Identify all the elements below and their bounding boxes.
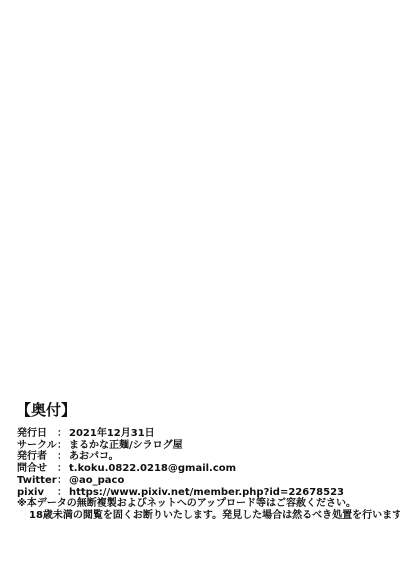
- row-separator: ：: [57, 440, 69, 452]
- row-separator: ：: [57, 451, 69, 463]
- notice-line-2: 18歳未満の閲覧を固くお断りいたします。発見した場合は然るべき処置を行います。: [17, 510, 400, 522]
- colophon-row-circle: サークル ： まるかな正麺/シラログ屋: [17, 440, 400, 452]
- contact-email[interactable]: t.koku.0822.0218@gmail.com: [69, 463, 236, 475]
- row-label: pixiv: [17, 487, 57, 499]
- row-label: 発行者: [17, 451, 57, 463]
- colophon-row-date: 発行日 ： 2021年12月31日: [17, 428, 400, 440]
- pixiv-link[interactable]: https://www.pixiv.net/member.php?id=2267…: [69, 487, 344, 499]
- row-value: まるかな正麺/シラログ屋: [69, 440, 183, 452]
- row-label: サークル: [17, 440, 57, 452]
- row-separator: ：: [57, 487, 69, 499]
- colophon-block: 発行日 ： 2021年12月31日 サークル ： まるかな正麺/シラログ屋 発行…: [17, 428, 400, 522]
- colophon-title: 【奥付】: [16, 399, 76, 420]
- row-separator: ：: [57, 475, 69, 487]
- row-label: Twitter: [17, 475, 57, 487]
- row-label: 問合せ: [17, 463, 57, 475]
- colophon-row-publisher: 発行者 ： あおパコ。: [17, 451, 400, 463]
- row-separator: ：: [57, 428, 69, 440]
- row-value: あおパコ。: [69, 451, 119, 463]
- colophon-row-twitter: Twitter ： @ao_paco: [17, 475, 400, 487]
- colophon-row-contact: 問合せ ： t.koku.0822.0218@gmail.com: [17, 463, 400, 475]
- notice-line-1: ※本データの無断複製およびネットへのアップロード等はご容赦ください。: [17, 498, 400, 510]
- row-label: 発行日: [17, 428, 57, 440]
- row-separator: ：: [57, 463, 69, 475]
- twitter-handle[interactable]: @ao_paco: [69, 475, 124, 487]
- row-value: 2021年12月31日: [69, 428, 155, 440]
- colophon-row-pixiv: pixiv ： https://www.pixiv.net/member.php…: [17, 487, 400, 499]
